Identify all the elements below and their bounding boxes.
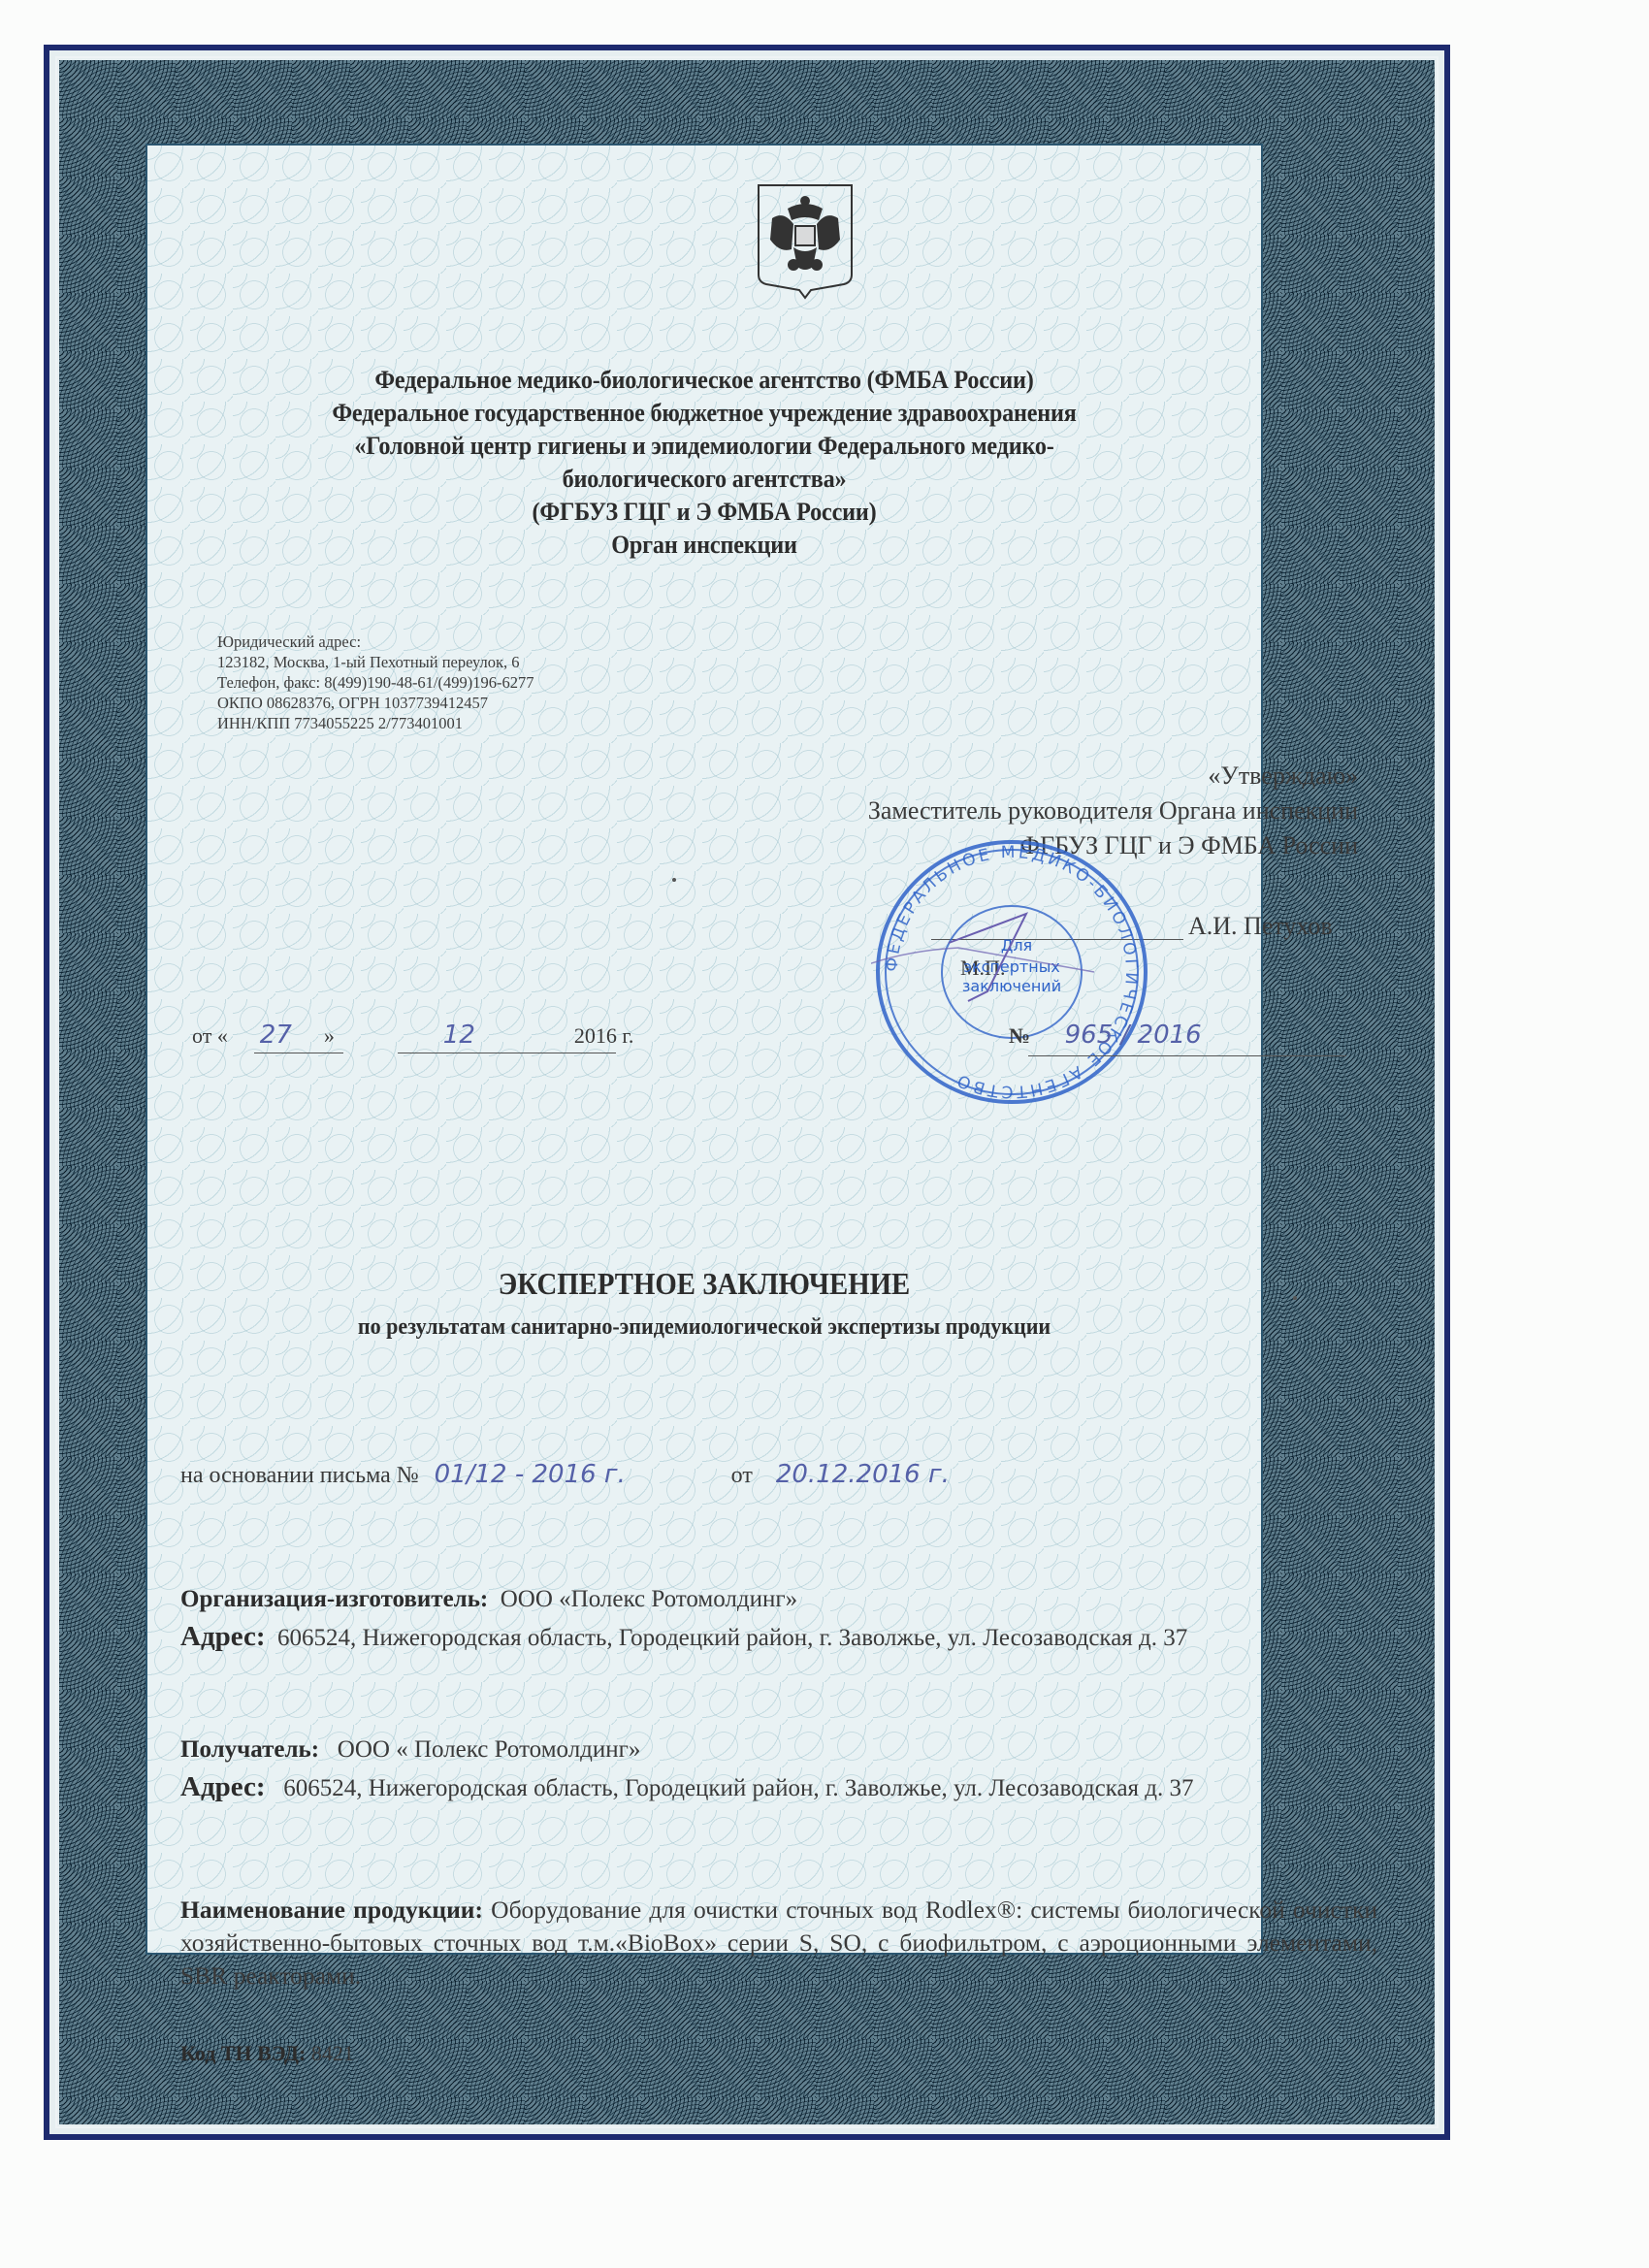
official-stamp-icon: ФЕДЕРАЛЬНОЕ МЕДИКО-БИОЛОГИЧЕСКОЕ АГЕНТСТ…	[871, 836, 1152, 1108]
issuing-organization-header: Федеральное медико-биологическое агентст…	[184, 364, 1223, 562]
number-underline	[1028, 1055, 1346, 1056]
signer-name: А.И. Петухов	[1188, 912, 1333, 941]
date-year: 2016 г.	[574, 1023, 634, 1048]
ink-speck	[1293, 1296, 1297, 1300]
recipient-value: ООО « Полекс Ротомолдинг»	[338, 1736, 641, 1763]
hs-code-value: 8421	[311, 2041, 354, 2065]
svg-text:Для: Для	[1001, 936, 1032, 955]
letter-date-prefix: от	[731, 1463, 753, 1488]
approver-position: Заместитель руководителя Органа инспекци…	[868, 794, 1358, 828]
recipient-address-label: Адрес:	[180, 1771, 266, 1802]
date-day: 27	[233, 1021, 318, 1050]
svg-text:заключений: заключений	[962, 977, 1061, 995]
document-subtitle: по результатам санитарно-эпидемиологичес…	[190, 1314, 1218, 1341]
date-mid: »	[324, 1023, 335, 1048]
approval-heading: «Утверждаю»	[868, 759, 1358, 794]
document-title: ЭКСПЕРТНОЕ ЗАКЛЮЧЕНИЕ	[202, 1266, 1208, 1302]
ink-speck	[672, 878, 676, 882]
manufacturer-value: ООО «Полекс Ротомолдинг»	[501, 1586, 797, 1612]
hs-code-section: Код ТН ВЭД: 8421	[180, 2037, 1364, 2070]
header-line: биологического агентства»	[184, 463, 1223, 496]
recipient-address: 606524, Нижегородская область, Городецки…	[283, 1775, 1193, 1801]
svg-text:экспертных: экспертных	[963, 957, 1060, 976]
approval-date: от « 27 » 12 2016 г.	[192, 1021, 633, 1050]
manufacturer-label: Организация-изготовитель:	[180, 1586, 488, 1612]
recipient-label: Получатель:	[180, 1736, 319, 1763]
product-label: Наименование продукции:	[180, 1895, 483, 1924]
legal-line: Телефон, факс: 8(499)190-48-61/(499)196-…	[217, 672, 534, 693]
date-month: 12	[357, 1021, 561, 1050]
legal-line: Юридический адрес:	[217, 632, 534, 652]
legal-address-block: Юридический адрес: 123182, Москва, 1-ый …	[217, 632, 534, 733]
header-line: Орган инспекции	[184, 529, 1223, 562]
letter-date: 20.12.2016 г.	[776, 1460, 950, 1489]
header-line: (ФГБУЗ ГЦГ и Э ФМБА России)	[184, 496, 1223, 529]
legal-line: ИНН/КПП 7734055225 2/773401001	[217, 713, 534, 733]
recipient-section: Получатель: ООО « Полекс Ротомолдинг» Ад…	[180, 1733, 1364, 1805]
hs-code-label: Код ТН ВЭД:	[180, 2041, 306, 2065]
russian-coat-of-arms-icon	[755, 181, 856, 302]
manufacturer-address-label: Адрес:	[180, 1621, 266, 1652]
registration-number: № 965 / 2016	[1009, 1021, 1202, 1050]
manufacturer-section: Организация-изготовитель: ООО «Полекс Ро…	[180, 1583, 1364, 1655]
month-underline	[398, 1053, 616, 1053]
basis-letter: на основании письма № 01/12 - 2016 г. от…	[180, 1460, 950, 1489]
number-prefix: №	[1009, 1023, 1030, 1048]
header-line: Федеральное медико-биологическое агентст…	[184, 364, 1223, 397]
letter-number: 01/12 - 2016 г.	[435, 1460, 667, 1489]
number-value: 965 / 2016	[1065, 1021, 1202, 1050]
date-prefix: от «	[192, 1023, 228, 1048]
product-section: Наименование продукции: Оборудование для…	[180, 1894, 1377, 1993]
letter-prefix: на основании письма №	[180, 1463, 419, 1488]
header-line: «Головной центр гигиены и эпидемиологии …	[184, 430, 1223, 463]
legal-line: 123182, Москва, 1-ый Пехотный переулок, …	[217, 652, 534, 672]
legal-line: ОКПО 08628376, ОГРН 1037739412457	[217, 693, 534, 713]
header-line: Федеральное государственное бюджетное уч…	[184, 397, 1223, 430]
manufacturer-address: 606524, Нижегородская область, Городецки…	[277, 1625, 1187, 1651]
day-underline	[254, 1053, 343, 1053]
